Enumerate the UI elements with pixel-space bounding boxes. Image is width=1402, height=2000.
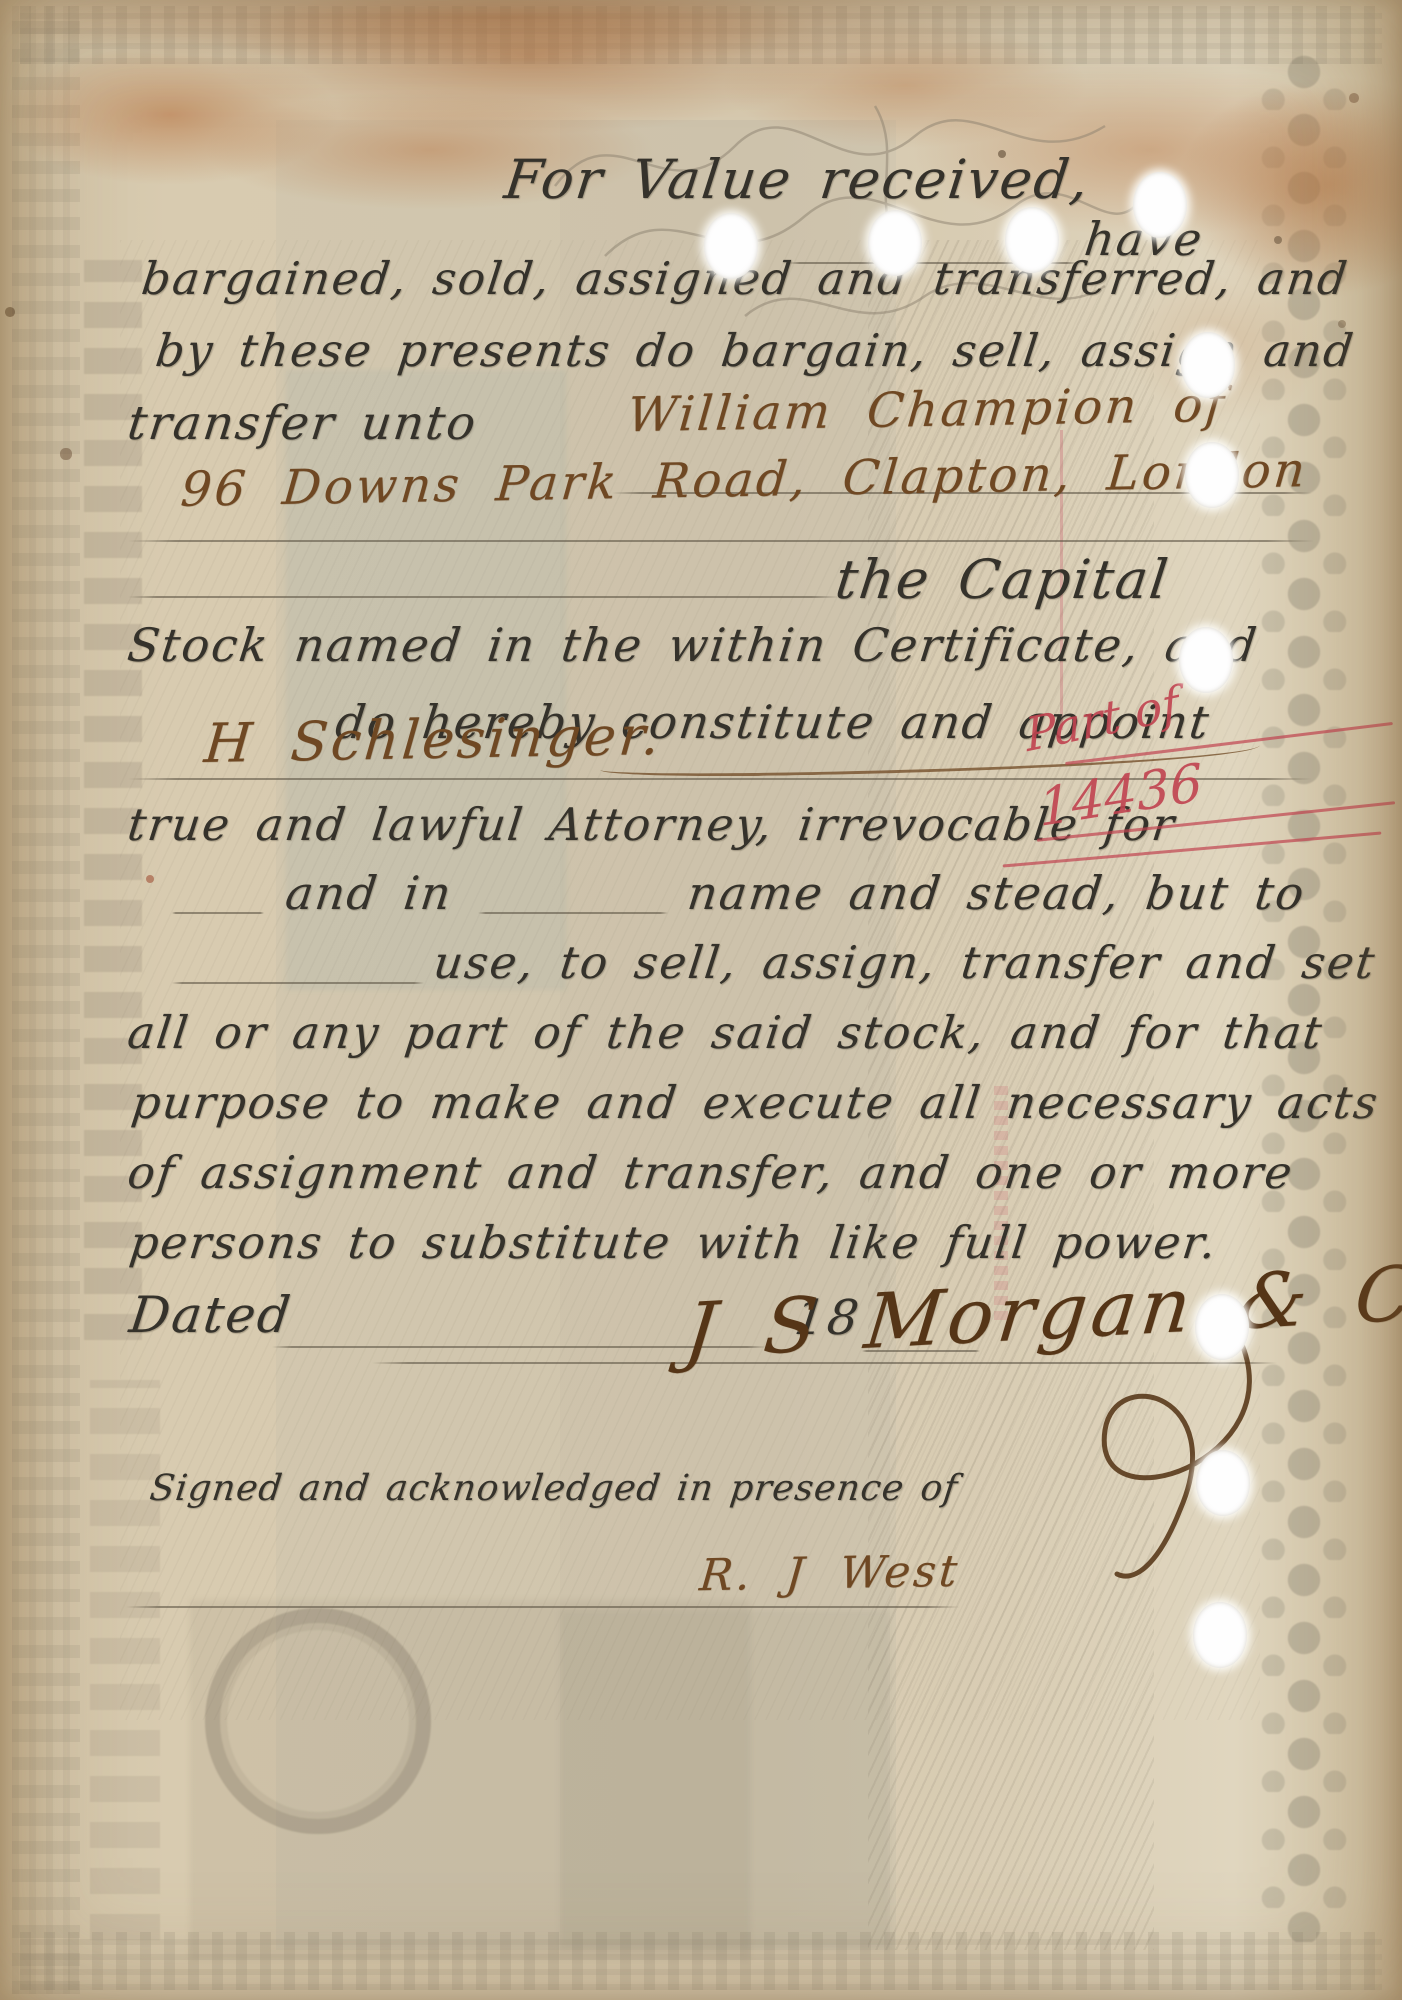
form-line-attorney: true and lawful Attorney, irrevocable fo… bbox=[125, 798, 1179, 851]
ruled-line bbox=[128, 596, 840, 598]
ruled-line bbox=[126, 1606, 960, 1608]
form-line-use-sell: use, to sell, assign, transfer and set o… bbox=[431, 936, 1402, 989]
signature-flourish bbox=[995, 1330, 1295, 1580]
form-line-presents: by these presents do bargain, sell, assi… bbox=[153, 324, 1358, 377]
ruled-line bbox=[172, 982, 424, 984]
ruled-line bbox=[172, 912, 264, 914]
witness-signature: R. J West bbox=[698, 1546, 963, 1602]
form-line-assignment: of assignment and transfer, and one or m… bbox=[125, 1146, 1297, 1199]
punch-hole bbox=[868, 210, 922, 276]
punch-hole bbox=[1185, 442, 1239, 508]
form-line-persons: persons to substitute with like full pow… bbox=[127, 1216, 1221, 1269]
form-label-the-capital: the Capital bbox=[832, 548, 1173, 611]
border-ornament-top bbox=[20, 6, 1382, 64]
form-label-dated: Dated bbox=[126, 1286, 295, 1344]
showthrough-seal-ring bbox=[205, 1608, 431, 1834]
ghost-handwriting-squiggles bbox=[545, 66, 1145, 366]
punch-hole bbox=[1133, 172, 1187, 238]
form-line-all-or-any: all or any part of the said stock, and f… bbox=[125, 1006, 1327, 1059]
punch-hole bbox=[1193, 1602, 1247, 1668]
form-line-purpose: purpose to make and execute all necessar… bbox=[129, 1076, 1383, 1129]
punch-hole bbox=[1179, 627, 1233, 693]
form-label-transfer-unto: transfer unto bbox=[125, 396, 481, 451]
ruled-line bbox=[478, 912, 668, 914]
punch-hole bbox=[704, 213, 758, 279]
punch-hole bbox=[1005, 207, 1059, 273]
form-line-stock-named: Stock named in the within Certificate, a… bbox=[125, 618, 1262, 672]
punch-hole bbox=[1196, 1450, 1250, 1516]
handwritten-transferee-name: William Champion of bbox=[625, 377, 1229, 443]
ink-specks bbox=[0, 0, 4, 4]
punch-hole bbox=[1195, 1294, 1249, 1360]
form-line-name-stead: name and stead, but to bbox=[685, 866, 1309, 920]
document-page: For Value received, have bargained, sold… bbox=[0, 0, 1402, 2000]
showthrough-ghost-lettering-bottom-left bbox=[90, 1380, 160, 1940]
ruled-line bbox=[128, 540, 1314, 542]
border-ornament-left bbox=[12, 6, 80, 1994]
handwritten-attorney-name: H Schlesinger. bbox=[202, 704, 665, 775]
border-ornament-bottom bbox=[20, 1932, 1382, 1990]
form-witness-clause: Signed and acknowledged in presence of bbox=[147, 1468, 960, 1509]
form-line-for-value: For Value received, bbox=[501, 148, 1094, 211]
form-label-and-in: and in bbox=[283, 866, 456, 920]
punch-hole bbox=[1181, 332, 1235, 398]
